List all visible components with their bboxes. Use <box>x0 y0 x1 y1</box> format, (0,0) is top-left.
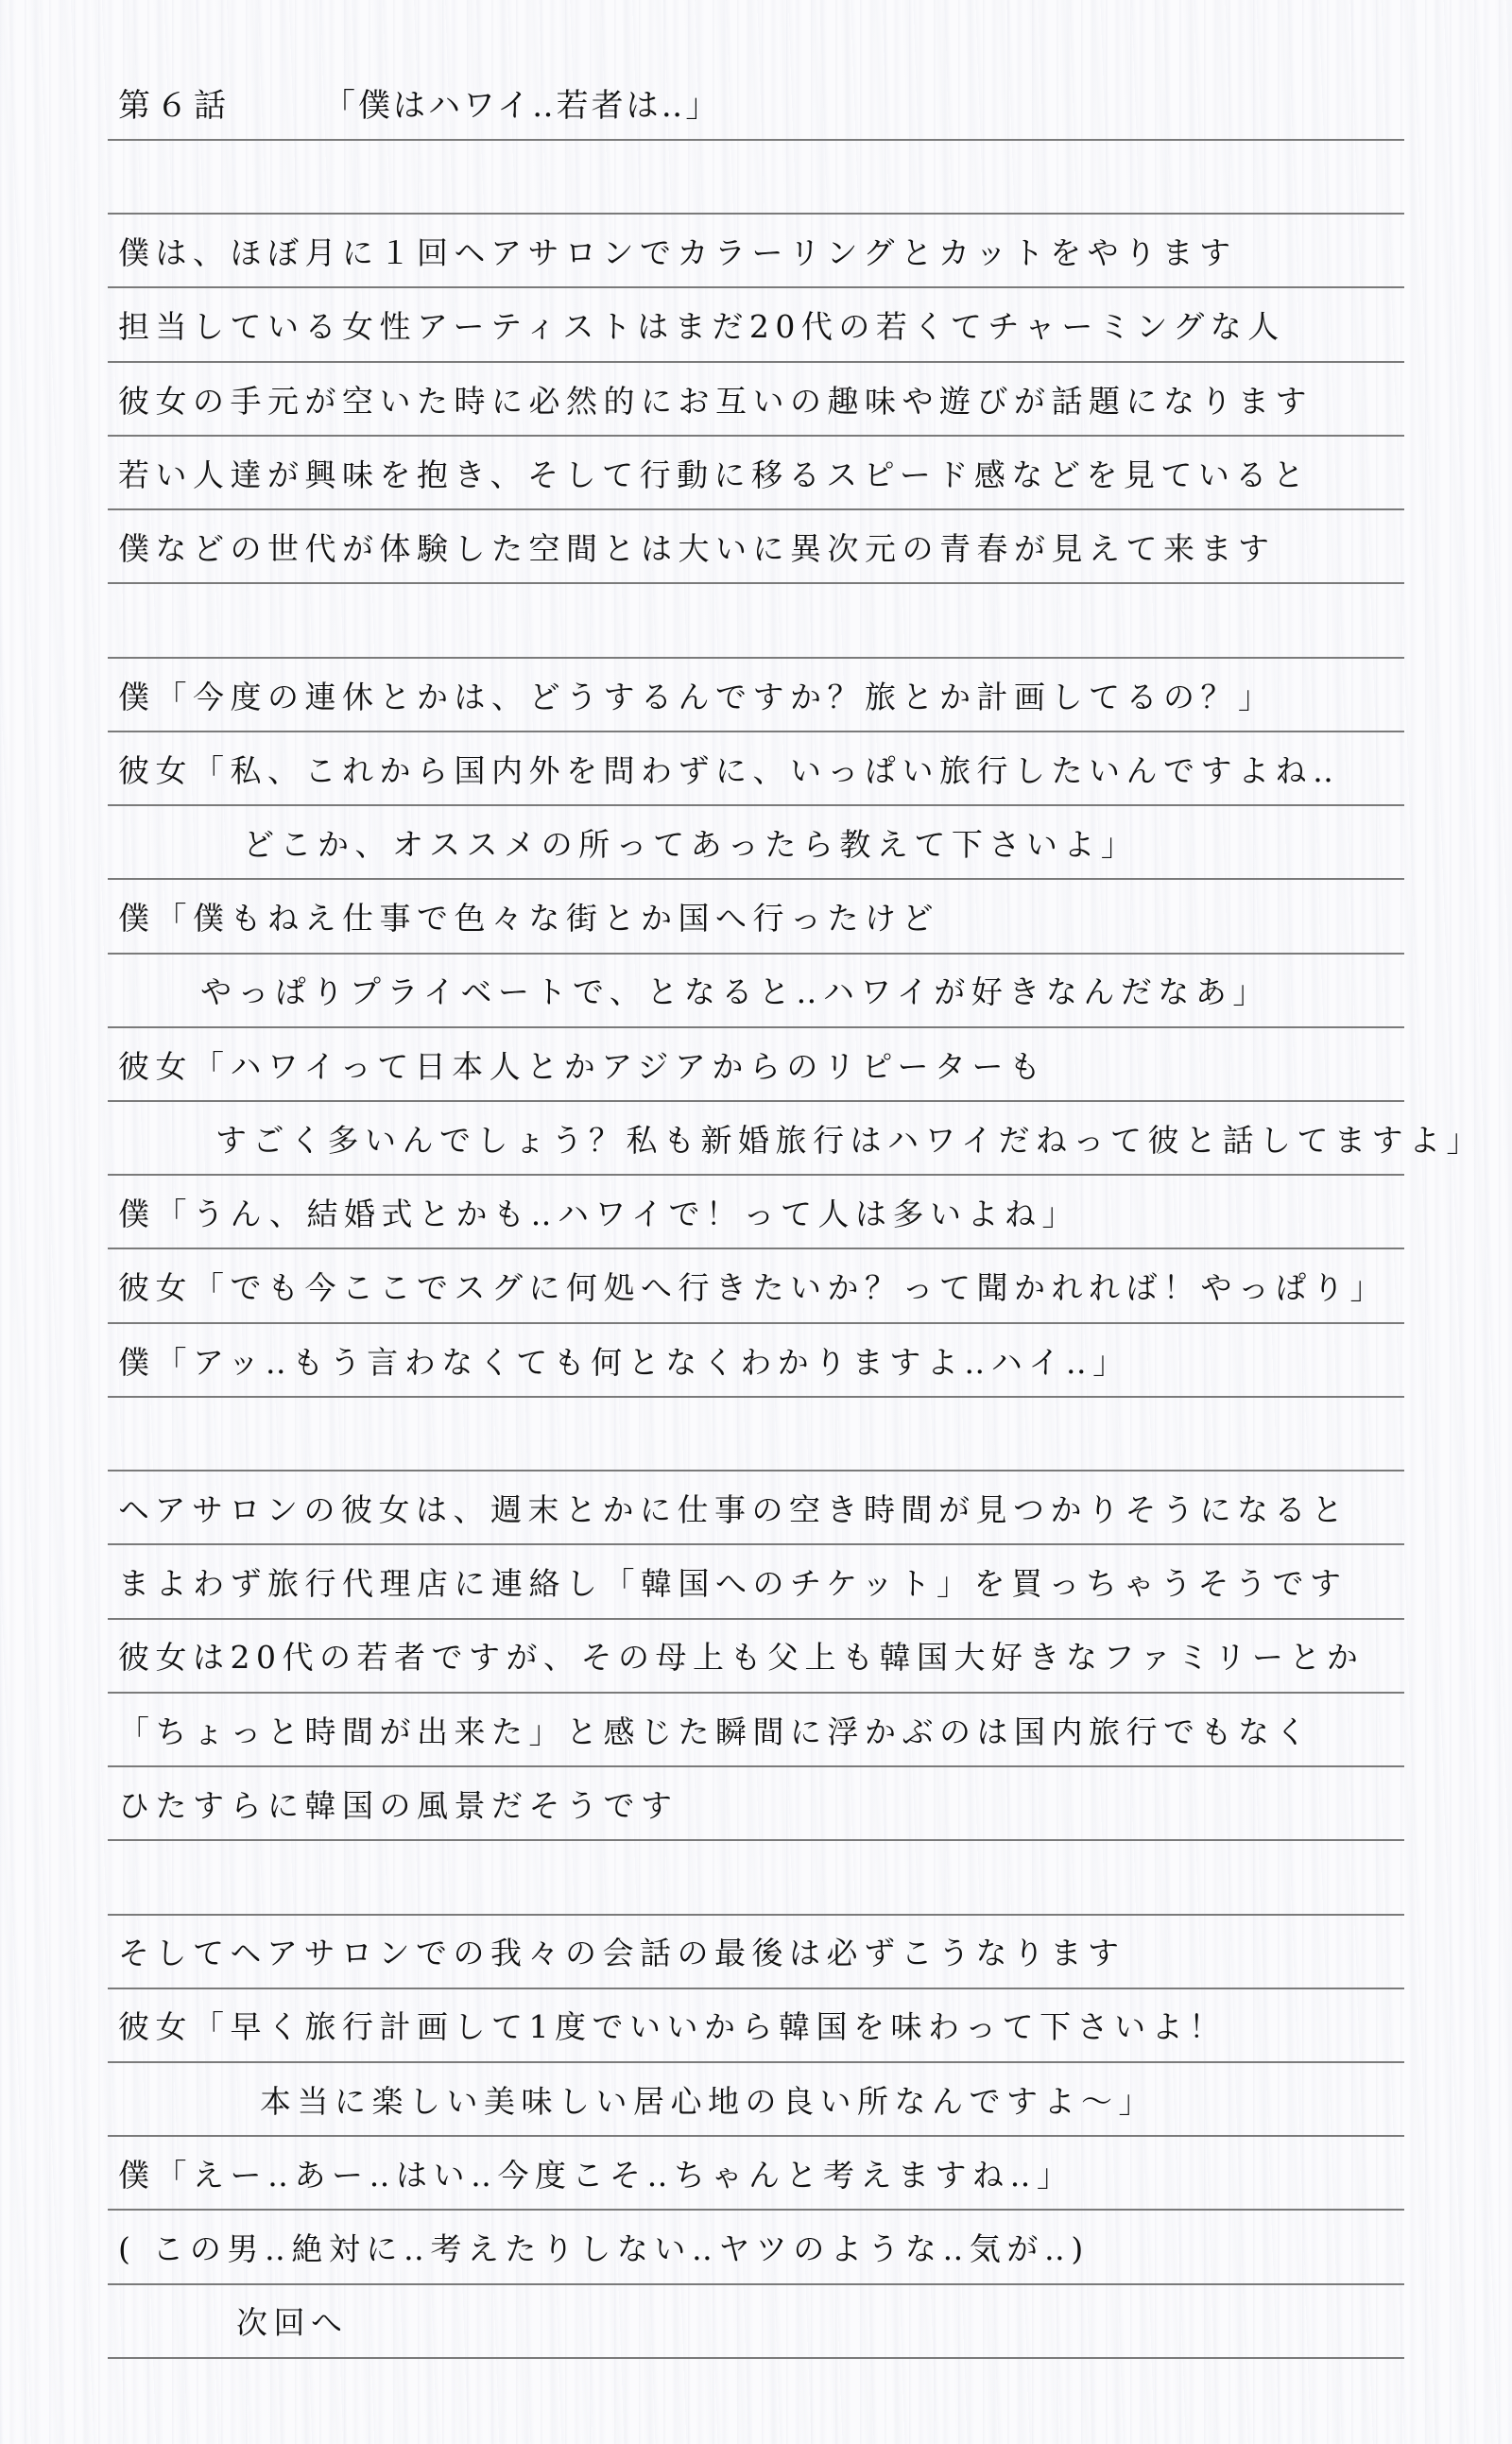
text-line-blank <box>108 1840 1404 1914</box>
dialogue-line-continued: やっぱりプライベートで、となると‥ハワイが好きなんだなあ」 <box>108 953 1404 1026</box>
dialogue-line: 僕「今度の連休とかは、どうするんですか？旅とか計画してるの？」 <box>108 658 1404 731</box>
text-body: 僕は、ほぼ月に１回ヘアサロンでカラーリングとカットをやります 担当している女性ア… <box>108 140 1404 2358</box>
text-line: 彼女は20代の若者ですが、その母上も父上も韓国大好きなファミリーとか <box>108 1618 1404 1692</box>
episode-number: 第６話 <box>118 87 232 125</box>
dialogue-line-continued: 本当に楽しい美味しい居心地の良い所なんですよ～」 <box>108 2062 1404 2136</box>
to-be-continued-line: 次回へ <box>108 2283 1404 2357</box>
episode-header: 第６話 「僕はハワイ‥若者は‥」 <box>108 66 1404 140</box>
dialogue-line: 僕「アッ‥もう言わなくても何となくわかりますよ‥ハイ‥」 <box>108 1323 1404 1397</box>
text-line: 「ちょっと時間が出来た」と感じた瞬間に浮かぶのは国内旅行でもなく <box>108 1693 1404 1766</box>
dialogue-line: 僕「僕もねえ仕事で色々な街とか国へ行ったけど <box>108 879 1404 953</box>
text-line-blank <box>108 140 1404 214</box>
episode-title: 「僕はハワイ‥若者は‥」 <box>323 87 720 125</box>
text-line: 彼女の手元が空いた時に必然的にお互いの趣味や遊びが話題になります <box>108 362 1404 436</box>
dialogue-line-continued: すごく多いんでしょう？私も新婚旅行はハワイだねって彼と話してますよ」 <box>108 1101 1404 1175</box>
text-line: ひたすらに韓国の風景だそうです <box>108 1766 1404 1840</box>
dialogue-line: 彼女「でも今ここでスグに何処へ行きたいか？って聞かれれば！やっぱり」 <box>108 1248 1404 1322</box>
dialogue-line: 彼女「ハワイって日本人とかアジアからのリピーターも <box>108 1027 1404 1101</box>
text-line: 僕は、ほぼ月に１回ヘアサロンでカラーリングとカットをやります <box>108 214 1404 287</box>
text-line-blank <box>108 1397 1404 1471</box>
dialogue-line: 彼女「私、これから国内外を問わずに、いっぱい旅行したいんですよね‥ <box>108 731 1404 805</box>
text-line: まよわず旅行代理店に連絡し「韓国へのチケット」を買っちゃうそうです <box>108 1544 1404 1618</box>
document-page: 第６話 「僕はハワイ‥若者は‥」 僕は、ほぼ月に１回ヘアサロンでカラーリングとカ… <box>0 0 1512 2444</box>
text-line: ヘアサロンの彼女は、週末とかに仕事の空き時間が見つかりそうになると <box>108 1471 1404 1544</box>
dialogue-line: 僕「うん、結婚式とかも‥ハワイで！って人は多いよね」 <box>108 1175 1404 1248</box>
dialogue-line: 僕「えー‥あー‥はい‥今度こそ‥ちゃんと考えますね‥」 <box>108 2136 1404 2210</box>
text-line: 僕などの世代が体験した空間とは大いに異次元の青春が見えて来ます <box>108 509 1404 583</box>
dialogue-line: 彼女「早く旅行計画して1度でいいから韓国を味わって下さいよ！ <box>108 1988 1404 2061</box>
text-line: そしてヘアサロンでの我々の会話の最後は必ずこうなります <box>108 1914 1404 1988</box>
aside-line: ( この男‥絶対に‥考えたりしない‥ヤツのような‥気が‥) <box>108 2210 1404 2283</box>
dialogue-line-continued: どこか、オススメの所ってあったら教えて下さいよ」 <box>108 805 1404 879</box>
text-line: 担当している女性アーティストはまだ20代の若くてチャーミングな人 <box>108 287 1404 361</box>
text-line-blank <box>108 583 1404 657</box>
text-line: 若い人達が興味を抱き、そして行動に移るスピード感などを見ていると <box>108 436 1404 509</box>
